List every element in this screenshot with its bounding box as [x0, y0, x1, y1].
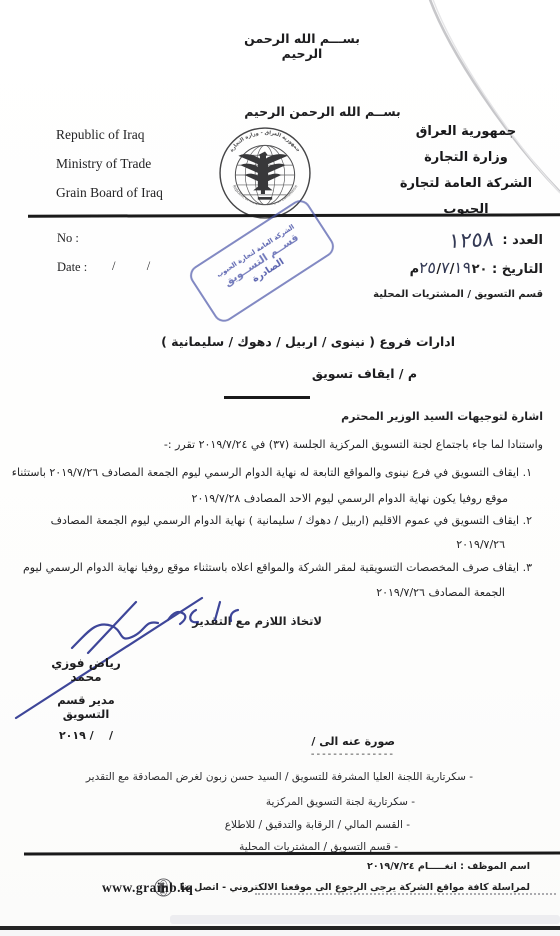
- dotted-tear-line: [255, 893, 556, 895]
- contact-line: لمراسلة كافة مواقع الشركة يرجى الرجوع ال…: [180, 882, 530, 893]
- addressee-line: ادارات فروع ( نينوى / اربيل / دهوك / سلي…: [161, 334, 455, 349]
- header-english-block: Republic of Iraq Ministry of Trade Grain…: [56, 127, 163, 214]
- footer-divider: [24, 852, 560, 856]
- body-line: موقع روفيا يكون نهاية الدوام الرسمي ليوم…: [192, 492, 508, 505]
- signature-date: / / ٢٠١٩: [34, 729, 138, 742]
- ref-date-label: Date :: [57, 260, 87, 275]
- ref-number-value-handwritten: ١٢٥٨: [448, 227, 496, 253]
- subject-line: م / ايقاف تسويق: [312, 366, 417, 381]
- header-en-line-ministry: Ministry of Trade: [56, 156, 163, 172]
- header-ar-line-republic: جمهورية العراق: [382, 119, 550, 145]
- ref-date-row: التاريخ : ٢٠١٩/٧/٢٥م: [410, 258, 543, 277]
- cc-divider: ---------------: [311, 749, 395, 760]
- body-line: الجمعة المصادف ٢٠١٩/٧/٢٦: [376, 586, 505, 599]
- header-en-line-republic: Republic of Iraq: [56, 127, 163, 143]
- header-arabic-block: جمهورية العراق وزارة التجارة الشركة العا…: [382, 119, 550, 223]
- website-url: www.grainb.iq: [102, 880, 193, 896]
- ref-no-label: No :: [57, 231, 79, 246]
- ref-date-year-printed: ٢٠: [472, 262, 488, 277]
- employee-name-line: اسم الموظف : انغـــــام ٢٠١٩/٧/٢٤: [367, 861, 530, 872]
- ref-date-label-ar: التاريخ :: [492, 262, 543, 277]
- scan-bottom-margin: [0, 930, 560, 936]
- ref-date-day-handwritten: ٢٥: [418, 258, 438, 277]
- emblem-base: [258, 197, 272, 200]
- signatory-title: مدير قسم التسويق: [34, 693, 138, 721]
- body-line: ١. ايقاف التسويق في فرع نينوى والمواقع ا…: [12, 466, 532, 479]
- signatory-block: رياض فوزي محمد مدير قسم التسويق / / ٢٠١٩: [34, 656, 138, 742]
- ref-number-row: العدد : ١٢٥٨: [449, 228, 543, 252]
- bismillah-top: بســـم الله الرحمن الرحيم: [222, 31, 382, 61]
- body-line: ٢٠١٩/٧/٢٦: [456, 538, 505, 551]
- header-ar-line-ministry: وزارة التجارة: [382, 145, 550, 171]
- cc-item: - القسم المالي / الرقابة والتدقيق / للاط…: [225, 819, 410, 831]
- body-line: اشارة لتوجيهات السيد الوزير المحترم: [341, 410, 543, 423]
- body-line: واستنادا لما جاء باجتماع لجنة التسويق ال…: [164, 438, 543, 451]
- cc-item: - سكرتارية لجنة التسويق المركزية: [266, 796, 415, 808]
- ref-date-year-handwritten: ١٩: [453, 258, 473, 277]
- cc-item: - سكرتارية اللجنة العليا المشرفة للتسويق…: [86, 771, 473, 783]
- body-line: ٢. ايقاف التسويق في عموم الاقليم (اربيل …: [51, 514, 532, 527]
- header-en-line-grainboard: Grain Board of Iraq: [56, 185, 163, 201]
- signatory-name: رياض فوزي محمد: [34, 656, 138, 684]
- department-line: قسم التسويق / المشتريات المحلية: [373, 289, 543, 300]
- ref-date-slashes: / /: [112, 259, 150, 274]
- subject-underline: [224, 396, 310, 399]
- ref-number-label: العدد :: [502, 233, 543, 248]
- scan-smudge: [170, 915, 560, 924]
- cc-heading: صورة عنه الى /: [311, 735, 395, 748]
- bismillah-header: بســم الله الرحمن الرحيم: [240, 104, 405, 119]
- scanned-official-letter: بســـم الله الرحمن الرحيم بســم الله الر…: [0, 0, 560, 936]
